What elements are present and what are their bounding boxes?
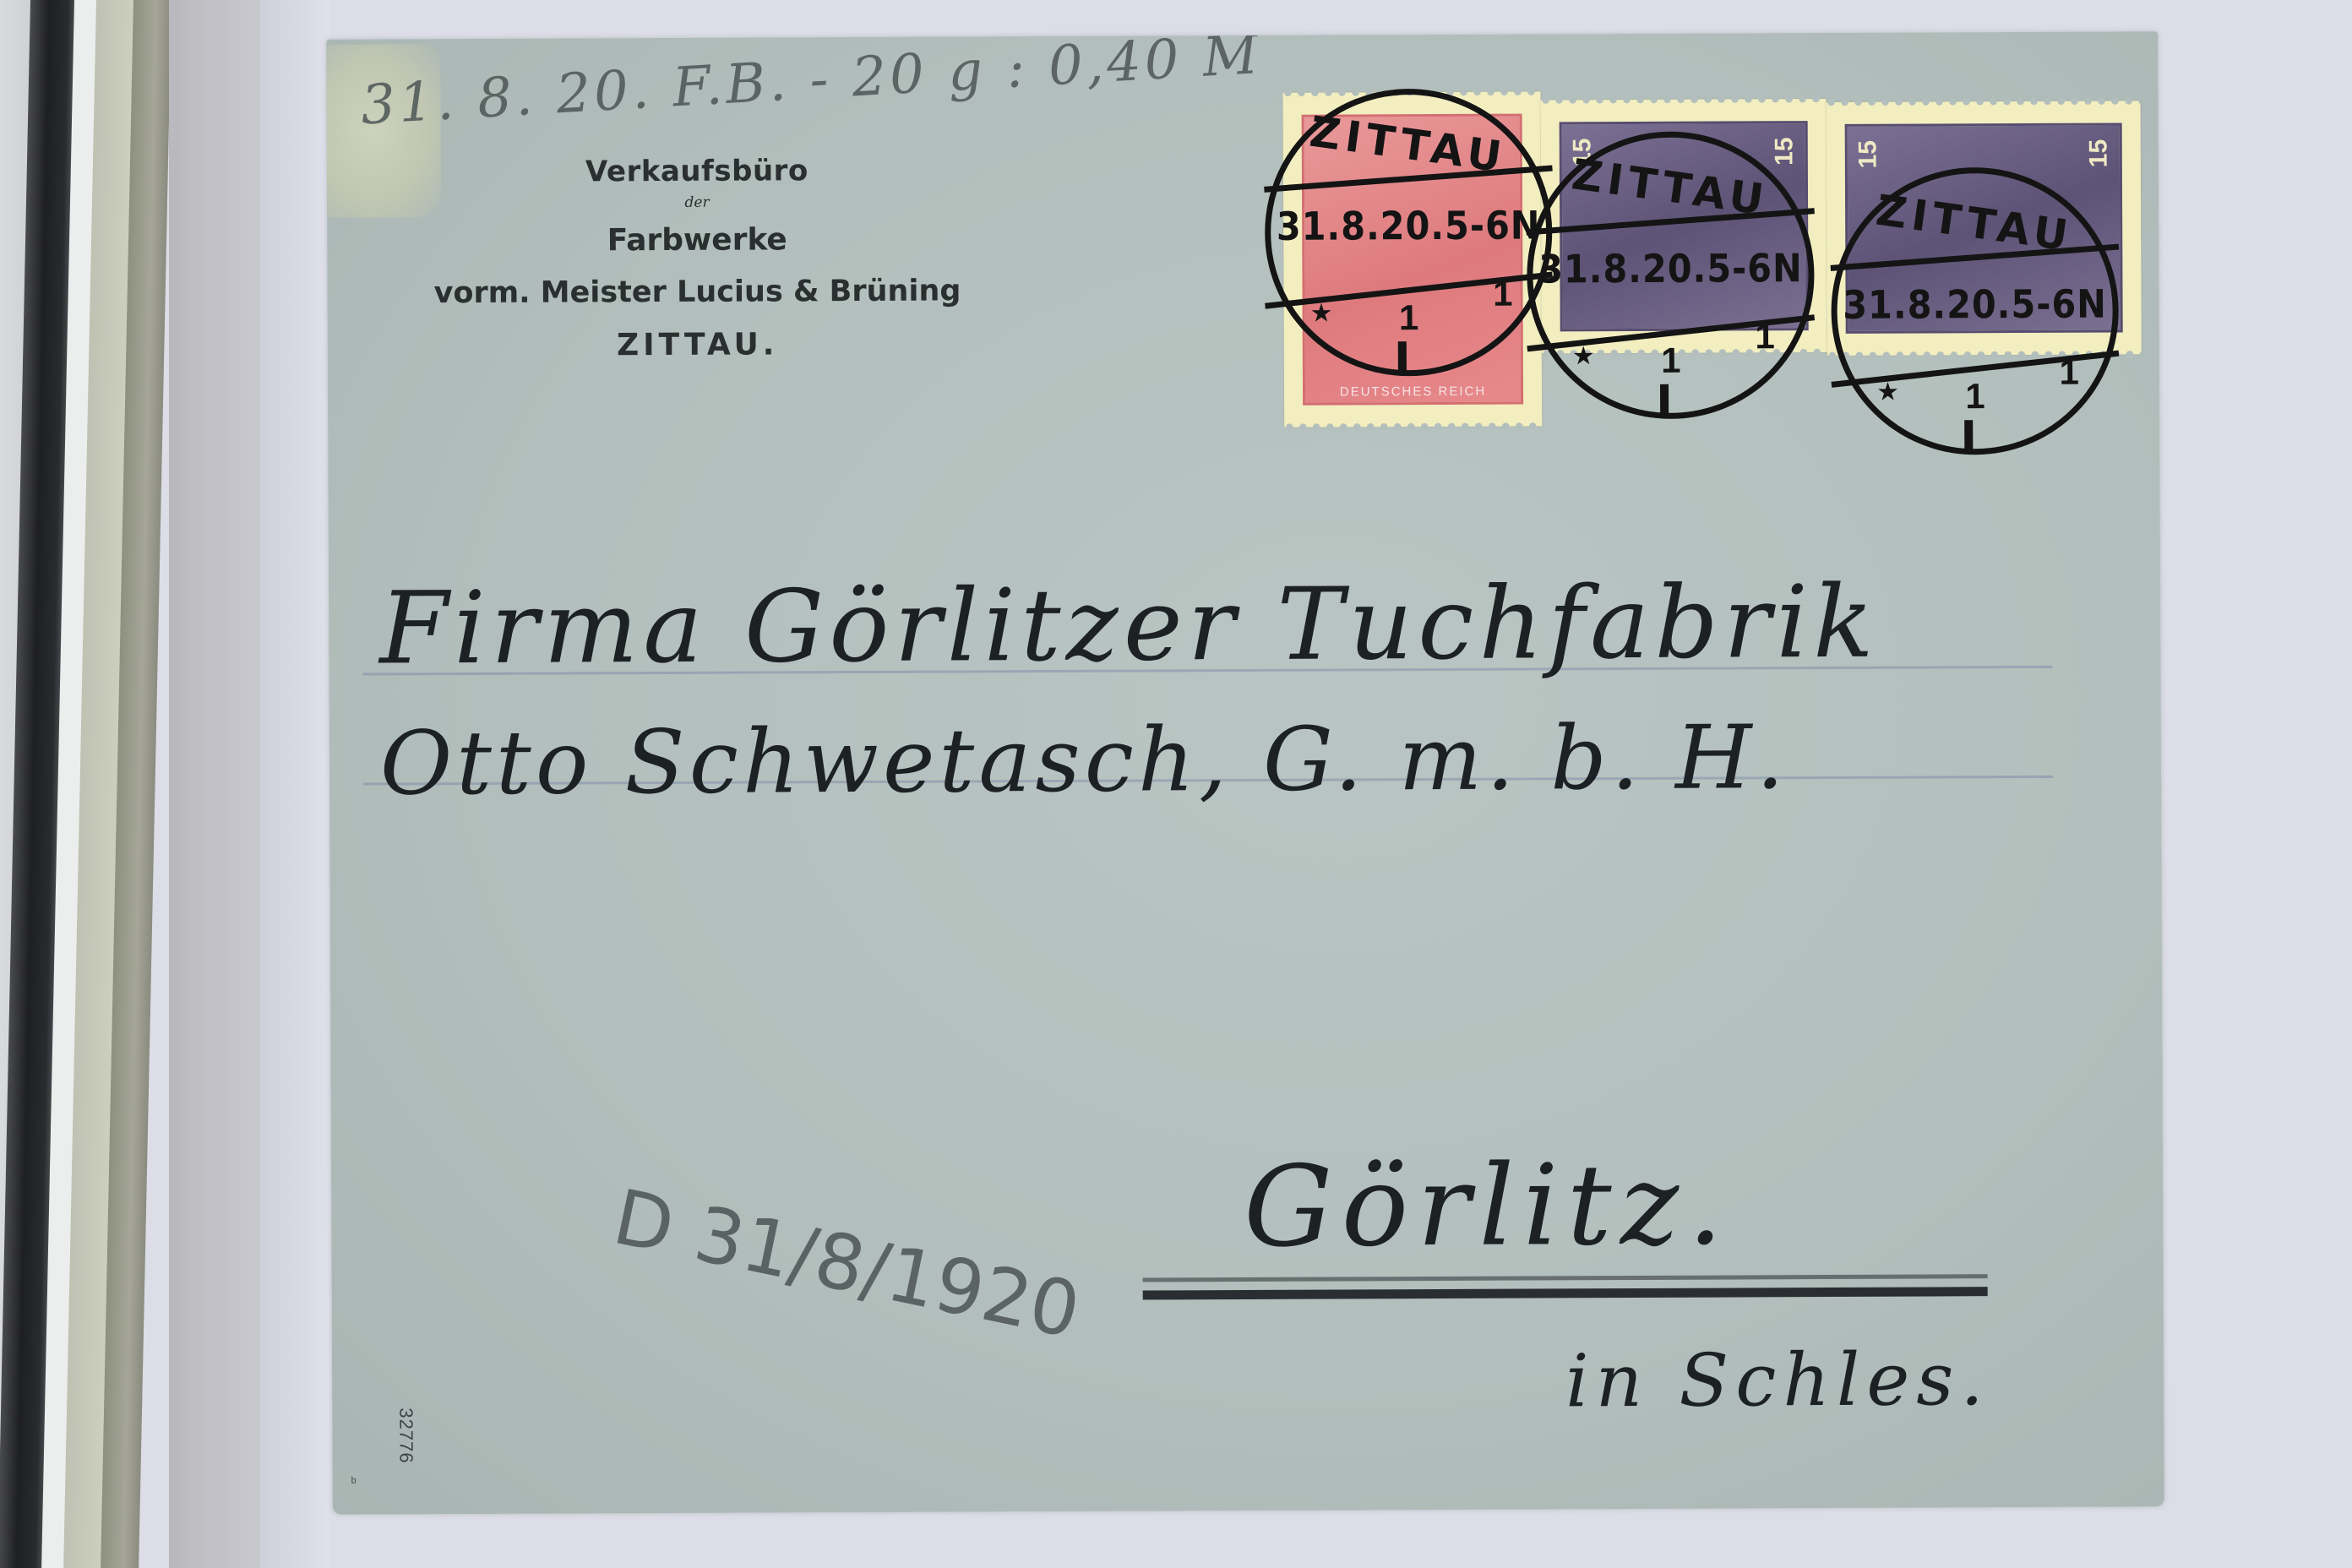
- stamp-denomination: 15: [1854, 140, 1882, 169]
- postmark-number: 1: [1533, 340, 1809, 381]
- city-underline-thick: [1143, 1287, 1988, 1299]
- postmark-date: 31.8.20.5-6N: [1271, 202, 1546, 248]
- envelope-cover: 31. 8. 20. F.B. - 20 g : 0,40 M Verkaufs…: [326, 31, 2164, 1514]
- sender-letterhead: Verkaufsbüro der Farbwerke vorm. Meister…: [401, 151, 994, 373]
- address-region: in Schles.: [1565, 1337, 1990, 1424]
- postmark-number: 1: [1271, 297, 1547, 338]
- stamp-denomination: 15: [2084, 139, 2113, 168]
- pencil-rate-annotation: 31. 8. 20. F.B. - 20 g : 0,40 M: [359, 31, 1263, 137]
- address-line-2: Otto Schwetasch, G. m. b. H.: [380, 705, 1788, 814]
- address-line-1: Firma Görlitzer Tuchfabrik: [379, 563, 1879, 687]
- letterhead-line-3: Farbwerke: [401, 214, 993, 267]
- stamp-denomination: 15: [1770, 137, 1799, 166]
- letterhead-line-4: vorm. Meister Lucius & Brüning: [401, 264, 993, 319]
- letterhead-line-1: Verkaufsbüro: [401, 151, 993, 191]
- pencil-date-annotation: D 31/8/1920: [607, 1173, 1087, 1356]
- printer-number: 32776: [395, 1407, 416, 1463]
- stamp-caption: DEUTSCHES REICH: [1305, 384, 1521, 400]
- letterhead-line-5: ZITTAU.: [402, 317, 994, 373]
- letterhead-line-2: der: [401, 188, 993, 216]
- postmark-date: 31.8.20.5-6N: [1837, 281, 2112, 328]
- postmark-number: 1: [1837, 376, 2113, 417]
- city-underline-thin: [1143, 1274, 1988, 1282]
- printer-mark: ᵇ: [351, 1476, 357, 1491]
- album-page-shadow: [169, 0, 262, 1568]
- album-page: [260, 0, 329, 1568]
- postmark-3: ZITTAU 31.8.20.5-6N ★ 1 1: [1831, 166, 2119, 455]
- address-city: Görlitz.: [1244, 1140, 1732, 1272]
- postmark-1: ZITTAU 31.8.20.5-6N ★ 1 1: [1264, 88, 1552, 376]
- postmark-date: 31.8.20.5-6N: [1533, 245, 1808, 291]
- postmark-2: ZITTAU 31.8.20.5-6N ★ 1 1: [1527, 131, 1815, 419]
